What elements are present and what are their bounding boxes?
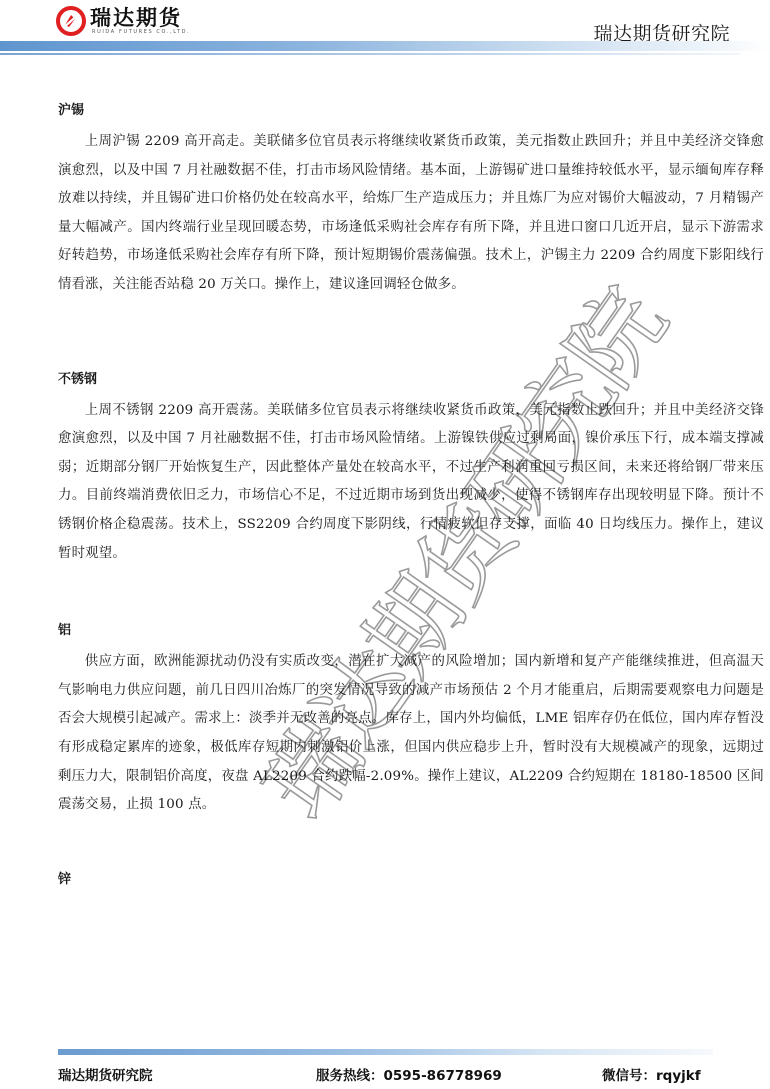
logo-chinese-name: 瑞达期货 — [90, 7, 190, 29]
section-title: 不锈钢 — [58, 369, 764, 391]
page-footer: 瑞达期货研究院 服务热线：0595-86778969 微信号：rqyjkf — [58, 1064, 718, 1086]
section-aluminum: 铝 供应方面，欧洲能源扰动仍没有实质改变，潜在扩大减产的风险增加；国内新增和复产… — [58, 620, 764, 820]
section-title: 铝 — [58, 620, 764, 642]
footer-hotline: 服务热线：0595-86778969 — [316, 1064, 502, 1084]
section-title: 锌 — [58, 869, 764, 891]
logo-english-name: RUIDA FUTURES CO.,LTD. — [92, 29, 190, 36]
section-paragraph: 上周不锈钢 2209 高开震荡。美联储多位官员表示将继续收紧货币政策，美元指数止… — [58, 397, 764, 569]
header-divider — [0, 53, 740, 55]
section-tin: 沪锡 上周沪锡 2209 高开高走。美联储多位官员表示将继续收紧货币政策，美元指… — [58, 100, 764, 300]
footer-wechat-id: 微信号：rqyjkf — [602, 1064, 701, 1084]
section-paragraph: 供应方面，欧洲能源扰动仍没有实质改变，潜在扩大减产的风险增加；国内新增和复产产能… — [58, 648, 764, 820]
section-title: 沪锡 — [58, 100, 764, 122]
section-paragraph: 上周沪锡 2209 高开高走。美联储多位官员表示将继续收紧货币政策，美元指数止跌… — [58, 128, 764, 300]
document-body: 沪锡 上周沪锡 2209 高开高走。美联储多位官员表示将继续收紧货币政策，美元指… — [58, 100, 764, 891]
company-logo: 瑞达期货 RUIDA FUTURES CO.,LTD. — [56, 4, 190, 38]
ruida-logo-icon — [56, 6, 86, 36]
section-zinc: 锌 — [58, 869, 764, 891]
footer-gradient-bar — [58, 1049, 713, 1055]
footer-org-name: 瑞达期货研究院 — [58, 1064, 153, 1084]
header-gradient-bar — [0, 41, 770, 51]
section-stainless-steel: 不锈钢 上周不锈钢 2209 高开震荡。美联储多位官员表示将继续收紧货币政策，美… — [58, 369, 764, 569]
page-header: 瑞达期货 RUIDA FUTURES CO.,LTD. 瑞达期货研究院 — [0, 0, 770, 58]
